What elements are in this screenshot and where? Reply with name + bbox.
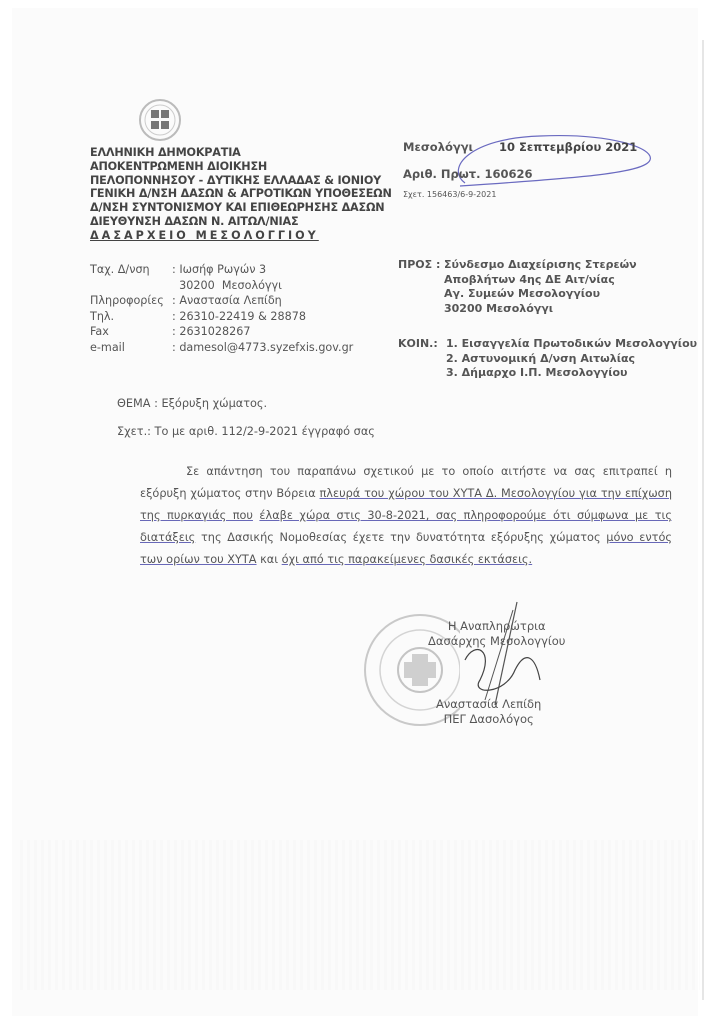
place: Μεσολόγγι — [403, 140, 473, 154]
header-line: ΠΕΛΟΠΟΝΝΗΣΟΥ - ΔΥΤΙΚΗΣ ΕΛΛΑΔΑΣ & ΙΟΝΙΟΥ — [90, 174, 392, 188]
header-line: Δ/ΝΣΗ ΣΥΝΤΟΝΙΣΜΟΥ ΚΑΙ ΕΠΙΘΕΩΡΗΣΗΣ ΔΑΣΩΝ — [90, 201, 392, 215]
contact-row: Τηλ.: 26310-22419 & 28878 — [90, 309, 353, 325]
header-line: ΓΕΝΙΚΗ Δ/ΝΣΗ ΔΑΣΩΝ & ΑΓΡΟΤΙΚΩΝ ΥΠΟΘΕΣΕΩΝ — [90, 187, 392, 201]
signature-title: Η Αναπληρώτρια Δασάρχης Μεσολογγίου — [428, 619, 565, 649]
signer-info: Αναστασία Λεπίδη ΠΕΓ Δασολόγος — [436, 697, 541, 727]
greek-emblem-icon — [138, 98, 182, 142]
contact-row: 30200 Μεσολόγγι — [90, 278, 353, 294]
header-line: ΑΠΟΚΕΝΤΡΩΜΕΝΗ ΔΙΟΙΚΗΣΗ — [90, 160, 392, 174]
scan-edge — [702, 40, 704, 1000]
contact-row: e-mail: damesol@4773.syzefxis.gov.gr — [90, 340, 353, 356]
scan-noise — [20, 840, 700, 990]
signature-scribble — [455, 600, 565, 710]
contact-row: Ταχ. Δ/νση: Ιωσήφ Ρωγών 3 — [90, 262, 353, 278]
letter-body: Σε απάντηση του παραπάνω σχετικού με το … — [140, 461, 672, 571]
contact-row: Πληροφορίες: Αναστασία Λεπίδη — [90, 293, 353, 309]
reference-line: Σχετ.: Το με αριθ. 112/2-9-2021 έγγραφό … — [117, 425, 375, 438]
cc-block: ΚΟΙΝ.:1. Εισαγγελία Πρωτοδικών Μεσολογγί… — [398, 337, 697, 381]
recipient-block: ΠΡΟΣ :Σύνδεσμο Διαχείρισης Στερεών Αποβλ… — [398, 258, 637, 316]
email-link[interactable]: : damesol@4773.syzefxis.gov.gr — [172, 340, 353, 356]
related-reference: Σχετ. 156463/6-9-2021 — [403, 190, 637, 199]
recipient-label: ΠΡΟΣ : — [398, 258, 444, 273]
subject-line: ΘΕΜΑ : Εξόρυξη χώματος. — [117, 397, 267, 410]
document-meta: Μεσολόγγι10 Σεπτεμβρίου 2021 Αριθ. Πρωτ.… — [403, 140, 637, 199]
signer-name: Αναστασία Λεπίδη — [436, 697, 541, 712]
cc-label: ΚΟΙΝ.: — [398, 337, 446, 352]
header-line: ΔΙΕΥΘΥΝΣΗ ΔΑΣΩΝ Ν. ΑΙΤΩΛ/ΝΙΑΣ — [90, 215, 392, 229]
protocol-number: Αριθ. Πρωτ. 160626 — [403, 167, 637, 181]
contact-row: Fax: 2631028267 — [90, 324, 353, 340]
contact-block: Ταχ. Δ/νση: Ιωσήφ Ρωγών 3 30200 Μεσολόγγ… — [90, 262, 353, 355]
date: 10 Σεπτεμβρίου 2021 — [499, 140, 637, 154]
header-line: ΕΛΛΗΝΙΚΗ ΔΗΜΟΚΡΑΤΙΑ — [90, 146, 392, 160]
issuer-header: ΕΛΛΗΝΙΚΗ ΔΗΜΟΚΡΑΤΙΑ ΑΠΟΚΕΝΤΡΩΜΕΝΗ ΔΙΟΙΚΗ… — [90, 146, 392, 243]
signer-role: ΠΕΓ Δασολόγος — [436, 712, 541, 727]
office-name: ΔΑΣΑΡΧΕΙΟ ΜΕΣΟΛΟΓΓΙΟΥ — [90, 229, 392, 243]
